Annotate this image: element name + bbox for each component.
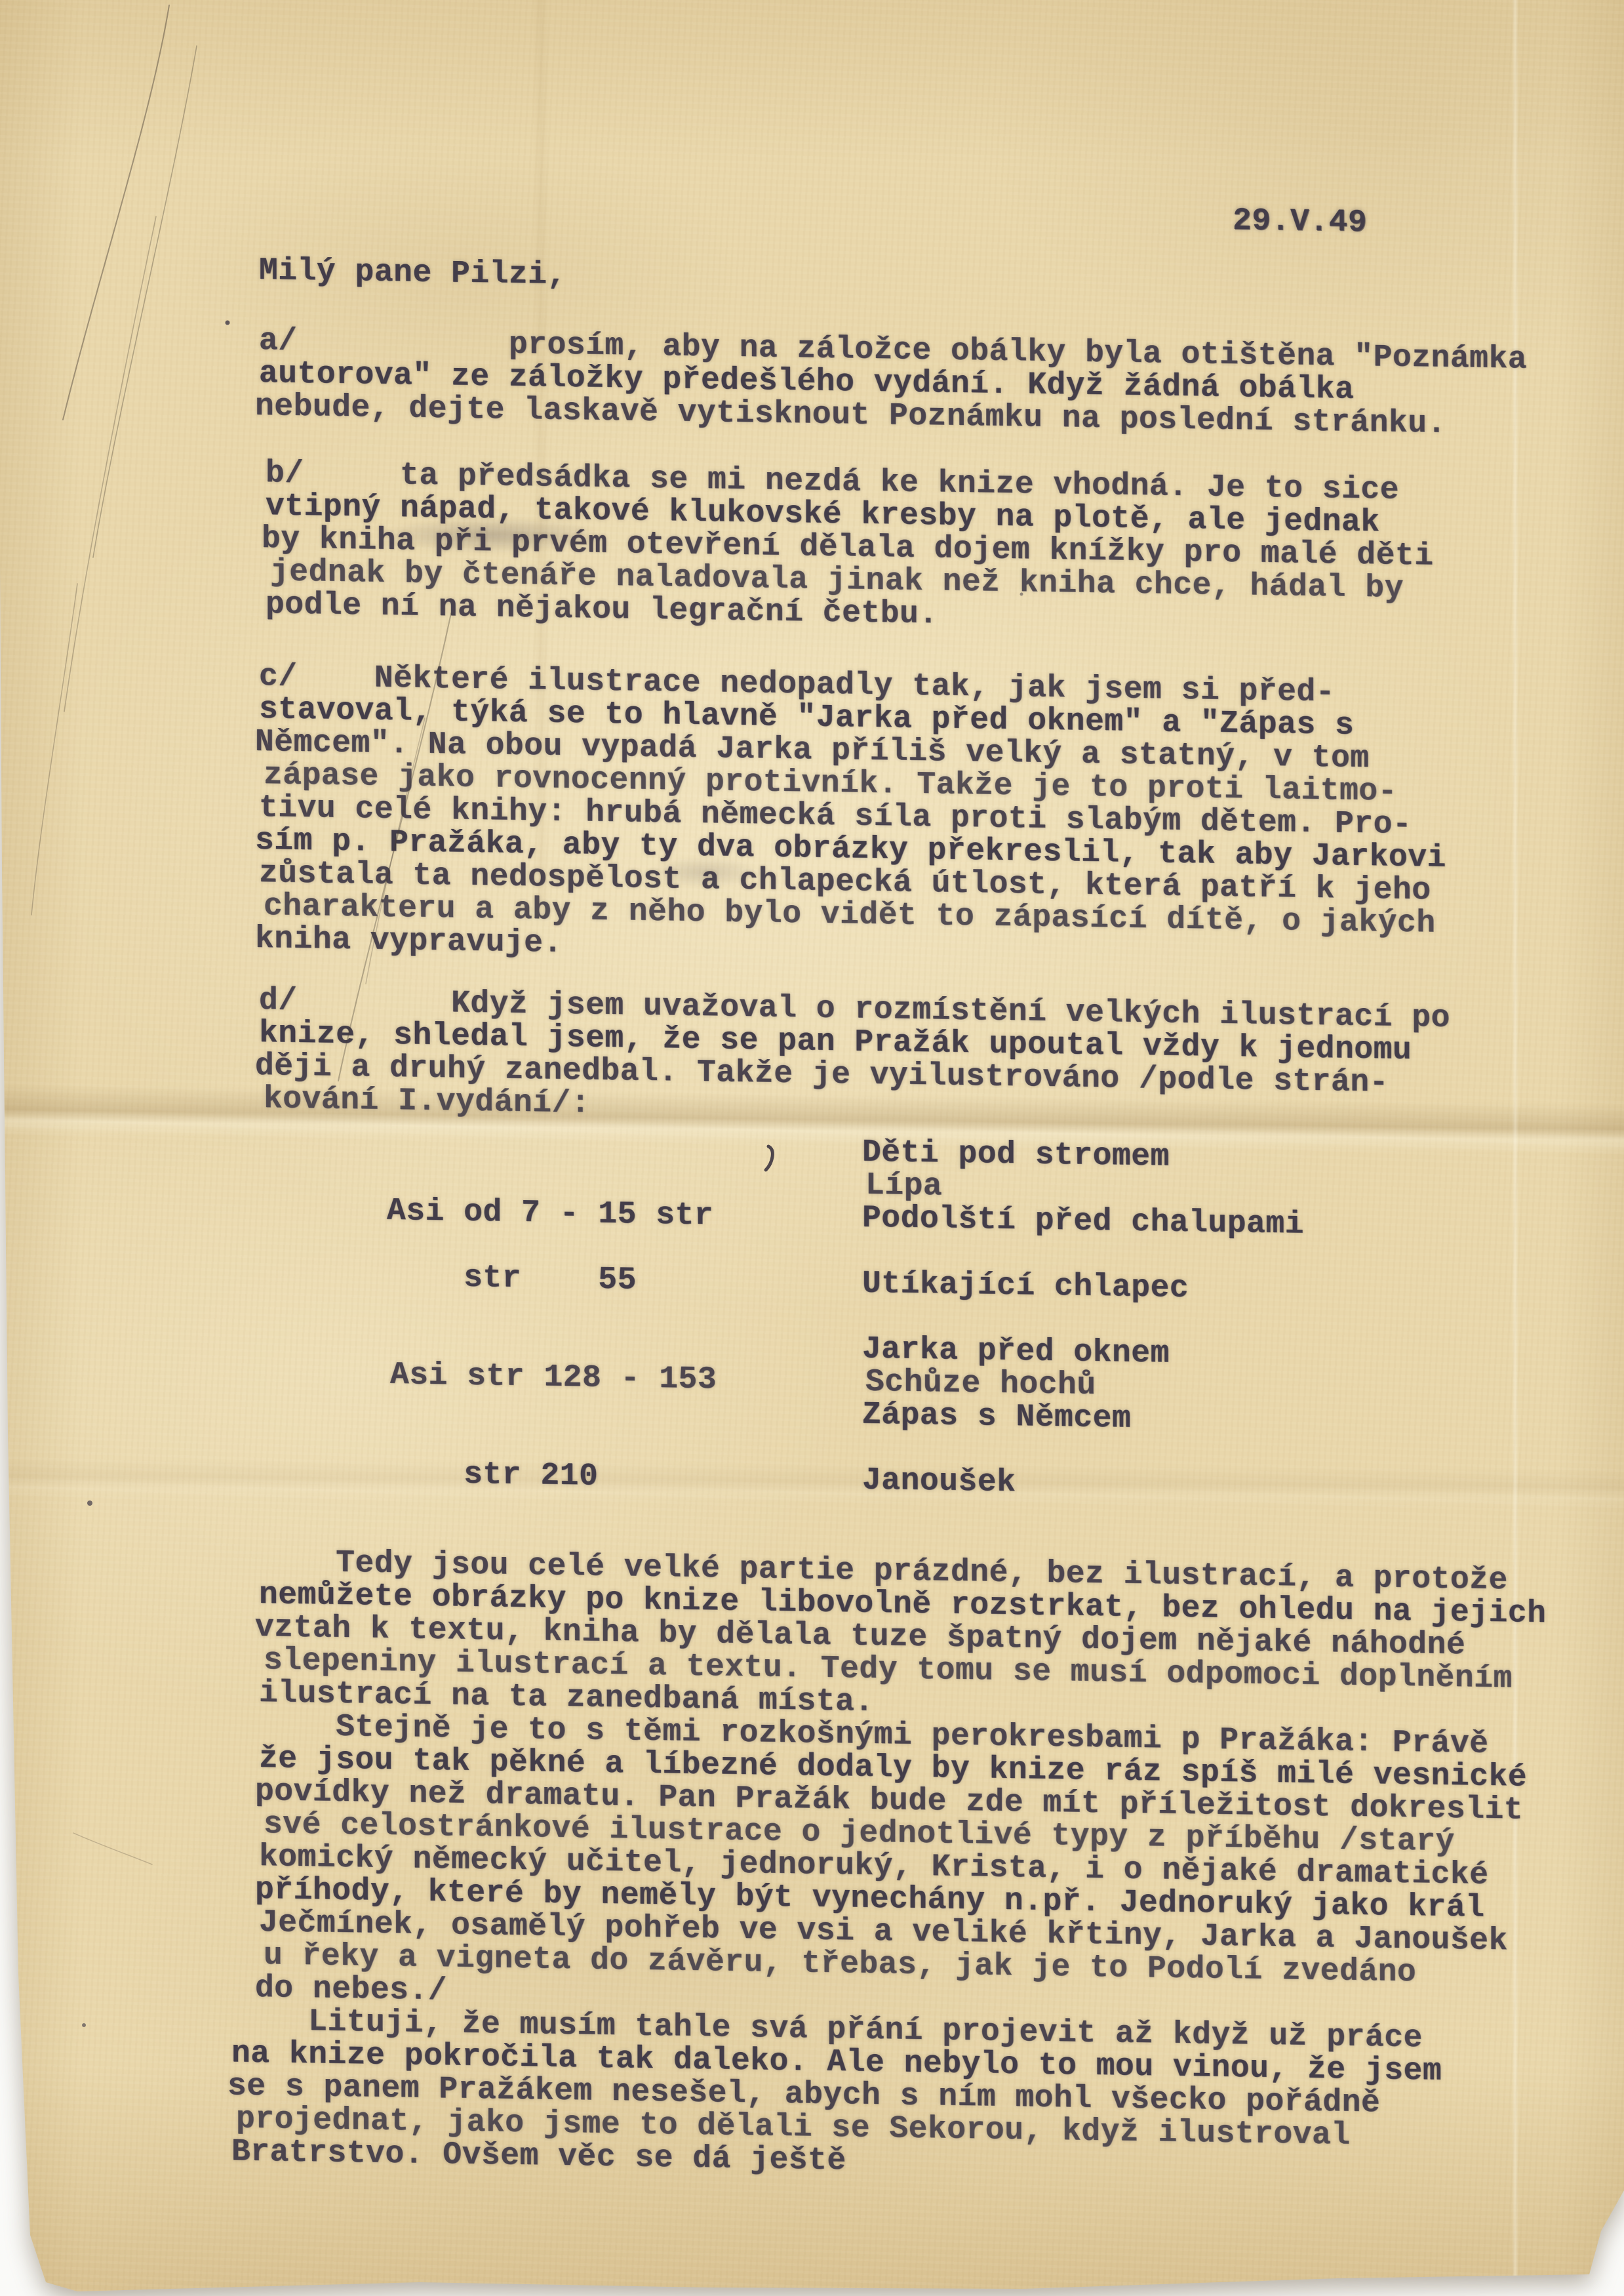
ink-smudge	[380, 517, 603, 554]
letter-date: 29.V.49	[1233, 205, 1367, 239]
ink-smudge	[649, 856, 761, 888]
list-illustration-title: Janoušek	[862, 1464, 1016, 1499]
list-illustration-title: Zápas s Němcem	[862, 1399, 1131, 1436]
illustration-page-list: Děti pod stromemLípaAsi od 7 - 15 strPod…	[259, 1127, 1577, 1508]
list-illustration-title: Schůze hochů	[865, 1366, 1096, 1402]
paper-shadow: 29.V.49 Milý pane Pilzi, a/ prosím, aby …	[0, 0, 1624, 2296]
paragraph-a: a/ prosím, aby na záložce obálky byla ot…	[259, 325, 1577, 443]
closing-paragraph-1: Tedy jsou celé velké partie prázdné, bez…	[259, 1546, 1577, 1729]
salutation: Milý pane Pilzi,	[259, 254, 1577, 307]
closing-paragraph-3: Lituji, že musím tahle svá přání projevi…	[231, 2004, 1577, 2188]
list-page-range: Asi str 128 - 153	[390, 1359, 717, 1396]
closing-paragraph-2: Stejně je to s těmi rozkošnými perokresb…	[259, 1710, 1577, 2024]
paper-sheet: 29.V.49 Milý pane Pilzi, a/ prosím, aby …	[0, 0, 1624, 2296]
list-page-range: Asi od 7 - 15 str	[387, 1195, 713, 1232]
list-illustration-title: Utíkající chlapec	[862, 1268, 1189, 1305]
paragraph-d: d/ Když jsem uvažoval o rozmístění velký…	[259, 984, 1577, 1135]
paragraph-c: c/ Některé ilustrace nedopadly tak, jak …	[259, 660, 1577, 975]
list-page-range: str 55	[387, 1260, 637, 1297]
scanned-letter-page: 29.V.49 Milý pane Pilzi, a/ prosím, aby …	[0, 0, 1624, 2296]
list-page-range: str 210	[387, 1457, 598, 1493]
list-illustration-title: Lípa	[865, 1169, 942, 1203]
typewritten-text-block: 29.V.49 Milý pane Pilzi, a/ prosím, aby …	[259, 0, 1577, 2188]
